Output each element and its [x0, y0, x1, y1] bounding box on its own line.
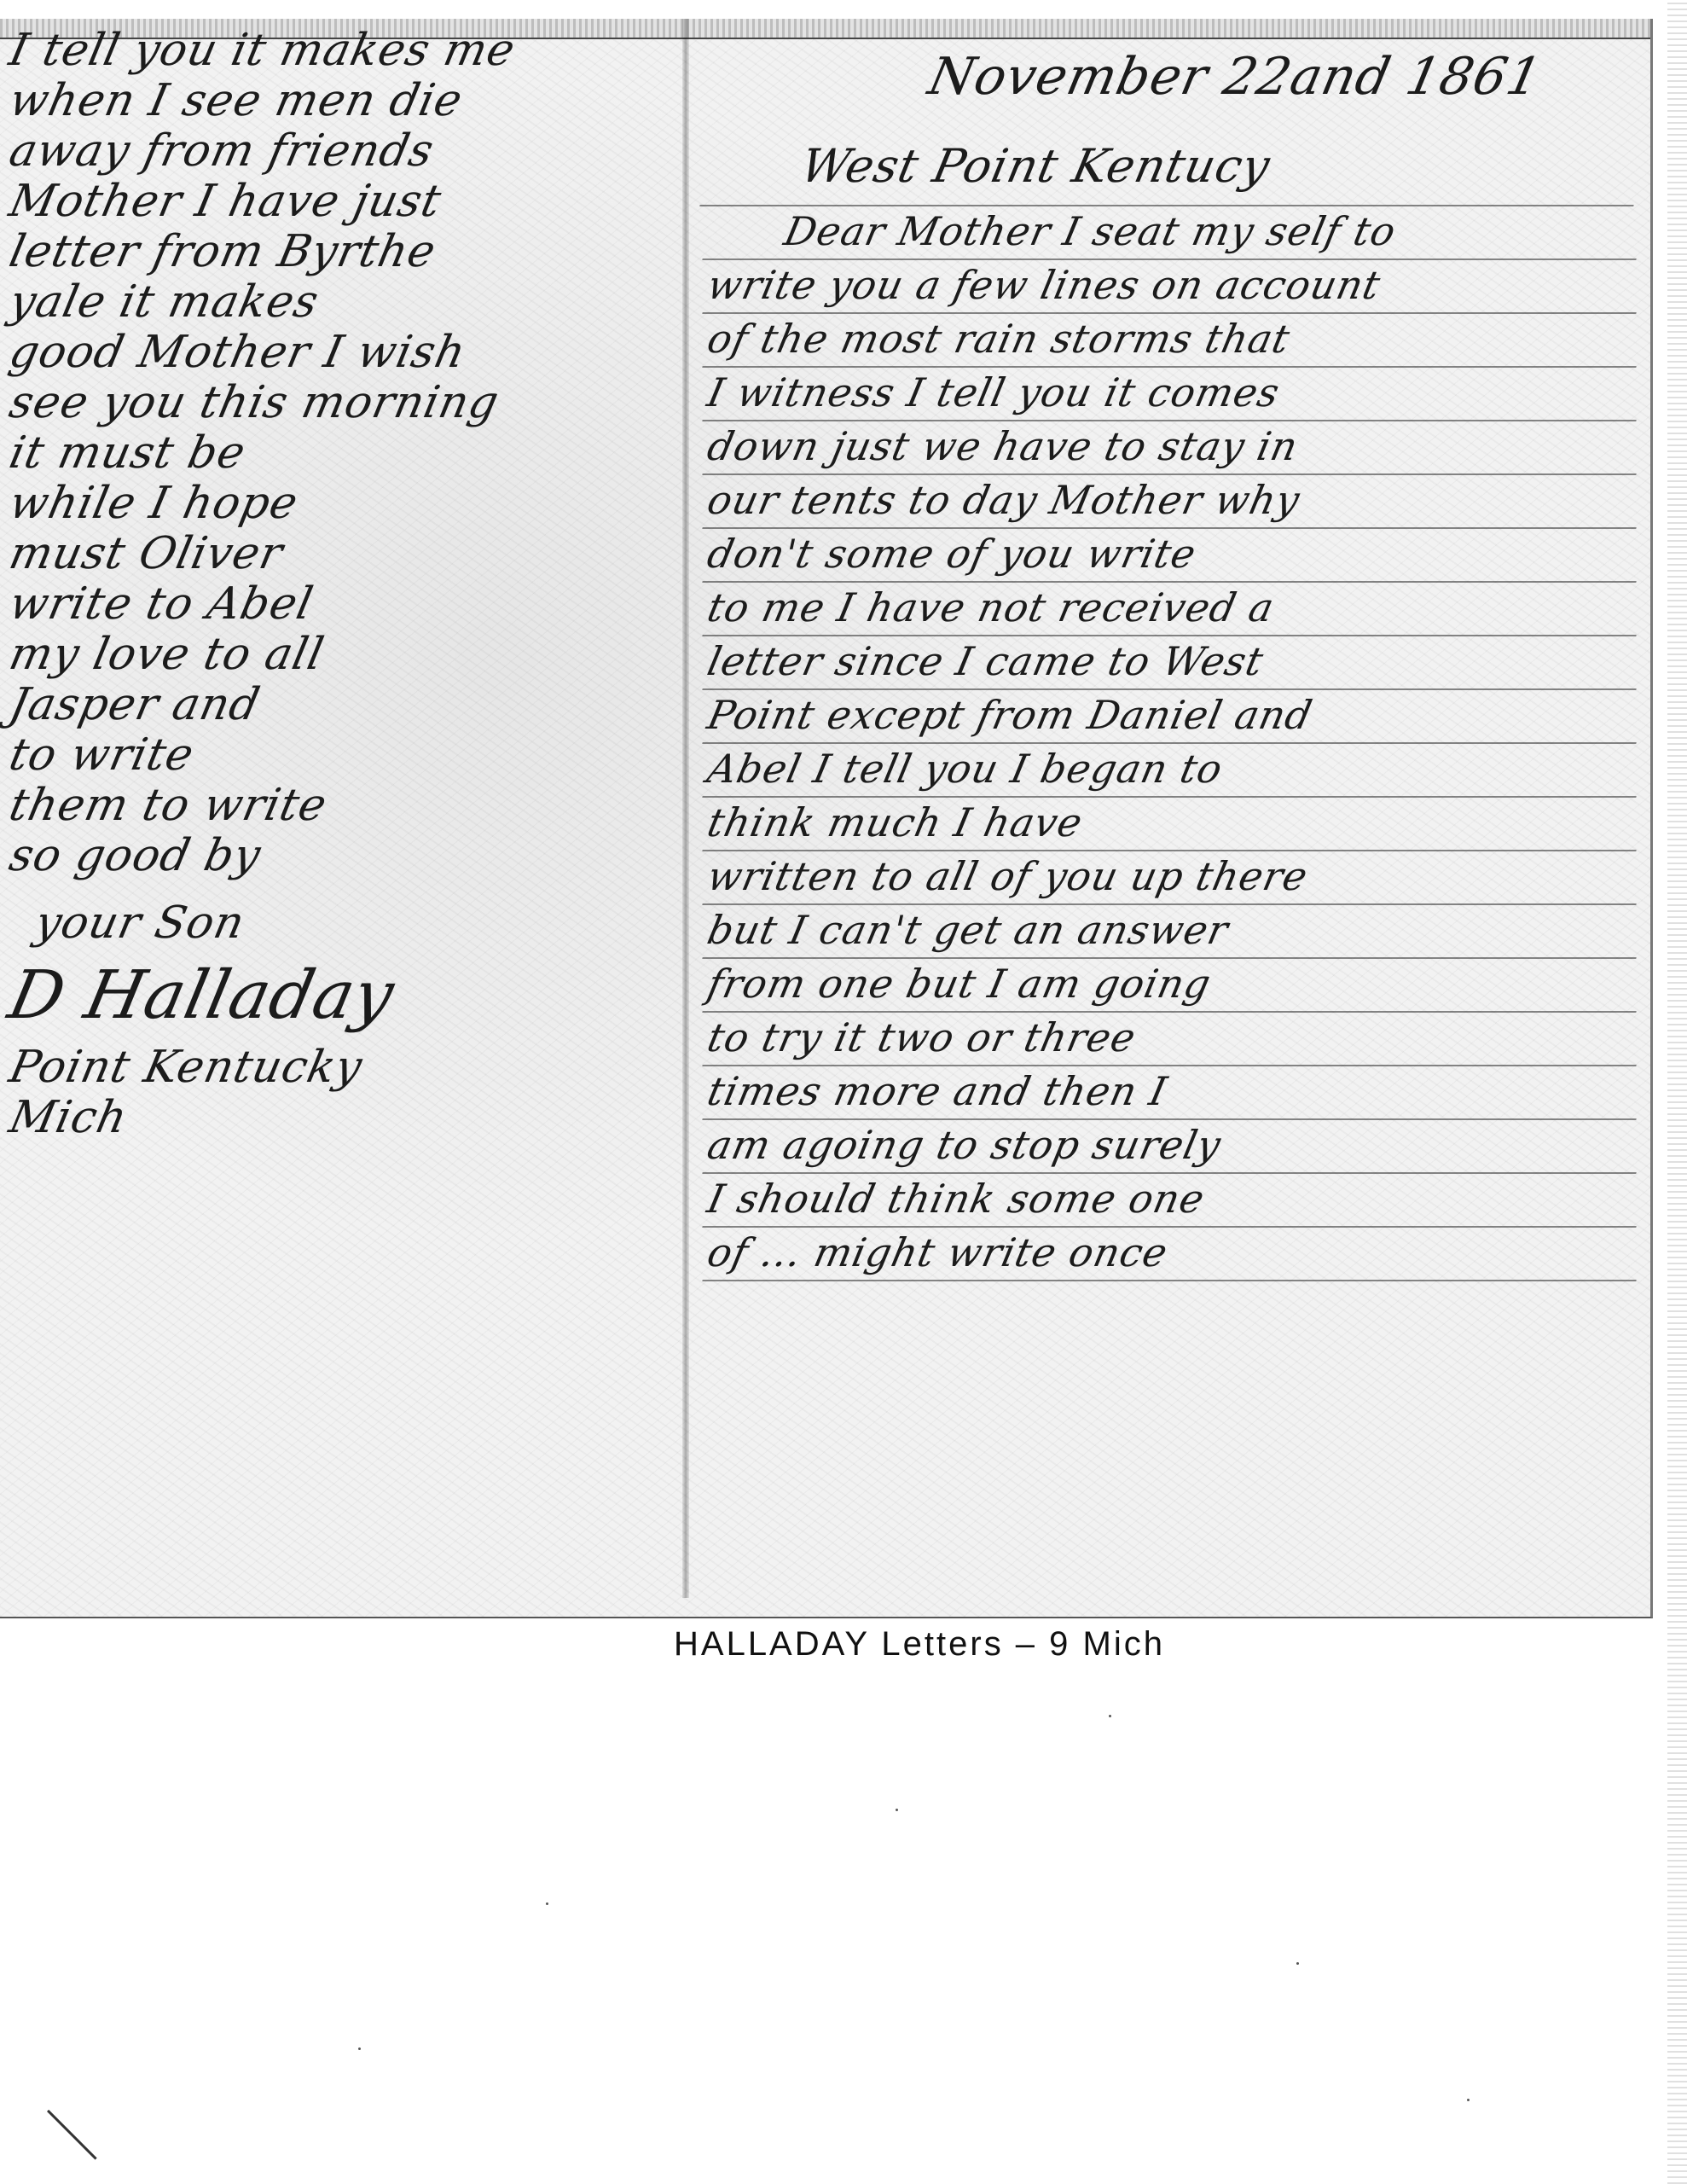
letter-line: Dear Mother I seat my self to — [702, 206, 1647, 260]
letter-line: letter since I came to West — [702, 636, 1647, 690]
left-line: while I hope — [5, 479, 681, 529]
letter-line: Abel I tell you I began to — [702, 744, 1647, 798]
stray-pen-mark — [47, 2110, 97, 2160]
letter-line: of ... might write once — [702, 1228, 1647, 1281]
left-line: Mother I have just — [5, 177, 681, 227]
scan-speck — [1109, 1715, 1111, 1717]
letter-line: of the most rain storms that — [702, 314, 1647, 368]
letter-line: write you a few lines on account — [702, 260, 1647, 314]
left-line: away from friends — [5, 126, 681, 177]
letter-closing: your Son — [5, 898, 681, 949]
scan-speck — [1296, 1962, 1299, 1965]
page-fold-divider — [682, 19, 689, 1598]
left-line: good Mother I wish — [5, 328, 681, 378]
left-line: I tell you it makes me — [5, 26, 681, 76]
letter-signature: D Halladay — [0, 949, 685, 1043]
left-line: yale it makes — [5, 277, 681, 328]
scan-speck — [358, 2047, 361, 2050]
letter-line: to me I have not received a — [702, 583, 1647, 636]
scan-speck — [546, 1902, 548, 1905]
left-line: see you this morning — [5, 378, 681, 428]
left-line: my love to all — [5, 630, 681, 680]
left-line: Jasper and — [5, 680, 681, 730]
scan-right-edge — [1667, 0, 1687, 2184]
letter-line: to try it two or three — [702, 1013, 1647, 1066]
signature-state: Mich — [5, 1093, 681, 1143]
letter-line: am agoing to stop surely — [702, 1120, 1647, 1174]
letter-line: down just we have to stay in — [702, 421, 1647, 475]
letter-line: Point except from Daniel and — [702, 690, 1647, 744]
signature-place: Point Kentucky — [5, 1043, 681, 1093]
scan-speck — [1467, 2099, 1470, 2101]
left-line: it must be — [5, 428, 681, 479]
letter-place: West Point Kentucy — [699, 128, 1650, 206]
left-line: to write — [5, 730, 681, 781]
letter-line: written to all of you up there — [702, 851, 1647, 905]
scan-speck — [896, 1809, 898, 1811]
left-line: must Oliver — [5, 529, 681, 579]
letter-line: I should think some one — [702, 1174, 1647, 1228]
letter-line: think much I have — [702, 798, 1647, 851]
letter-line: times more and then I — [702, 1066, 1647, 1120]
right-page: November 22and 1861 West Point Kentucy D… — [708, 26, 1642, 1281]
letter-date: November 22and 1861 — [697, 26, 1653, 128]
archive-caption: HALLADAY Letters – 9 Mich — [674, 1625, 1165, 1664]
letter-line: don't some of you write — [702, 529, 1647, 583]
letter-line: but I can't get an answer — [702, 905, 1647, 959]
left-line: them to write — [5, 781, 681, 831]
left-line: when I see men die — [5, 76, 681, 126]
left-line: write to Abel — [5, 579, 681, 630]
letter-line: I witness I tell you it comes — [702, 368, 1647, 421]
left-line: so good by — [5, 831, 681, 881]
left-page: I tell you it makes me when I see men di… — [10, 26, 675, 1143]
letter-line: our tents to day Mother why — [702, 475, 1647, 529]
letter-line: from one but I am going — [702, 959, 1647, 1013]
left-line: letter from Byrthe — [5, 227, 681, 277]
